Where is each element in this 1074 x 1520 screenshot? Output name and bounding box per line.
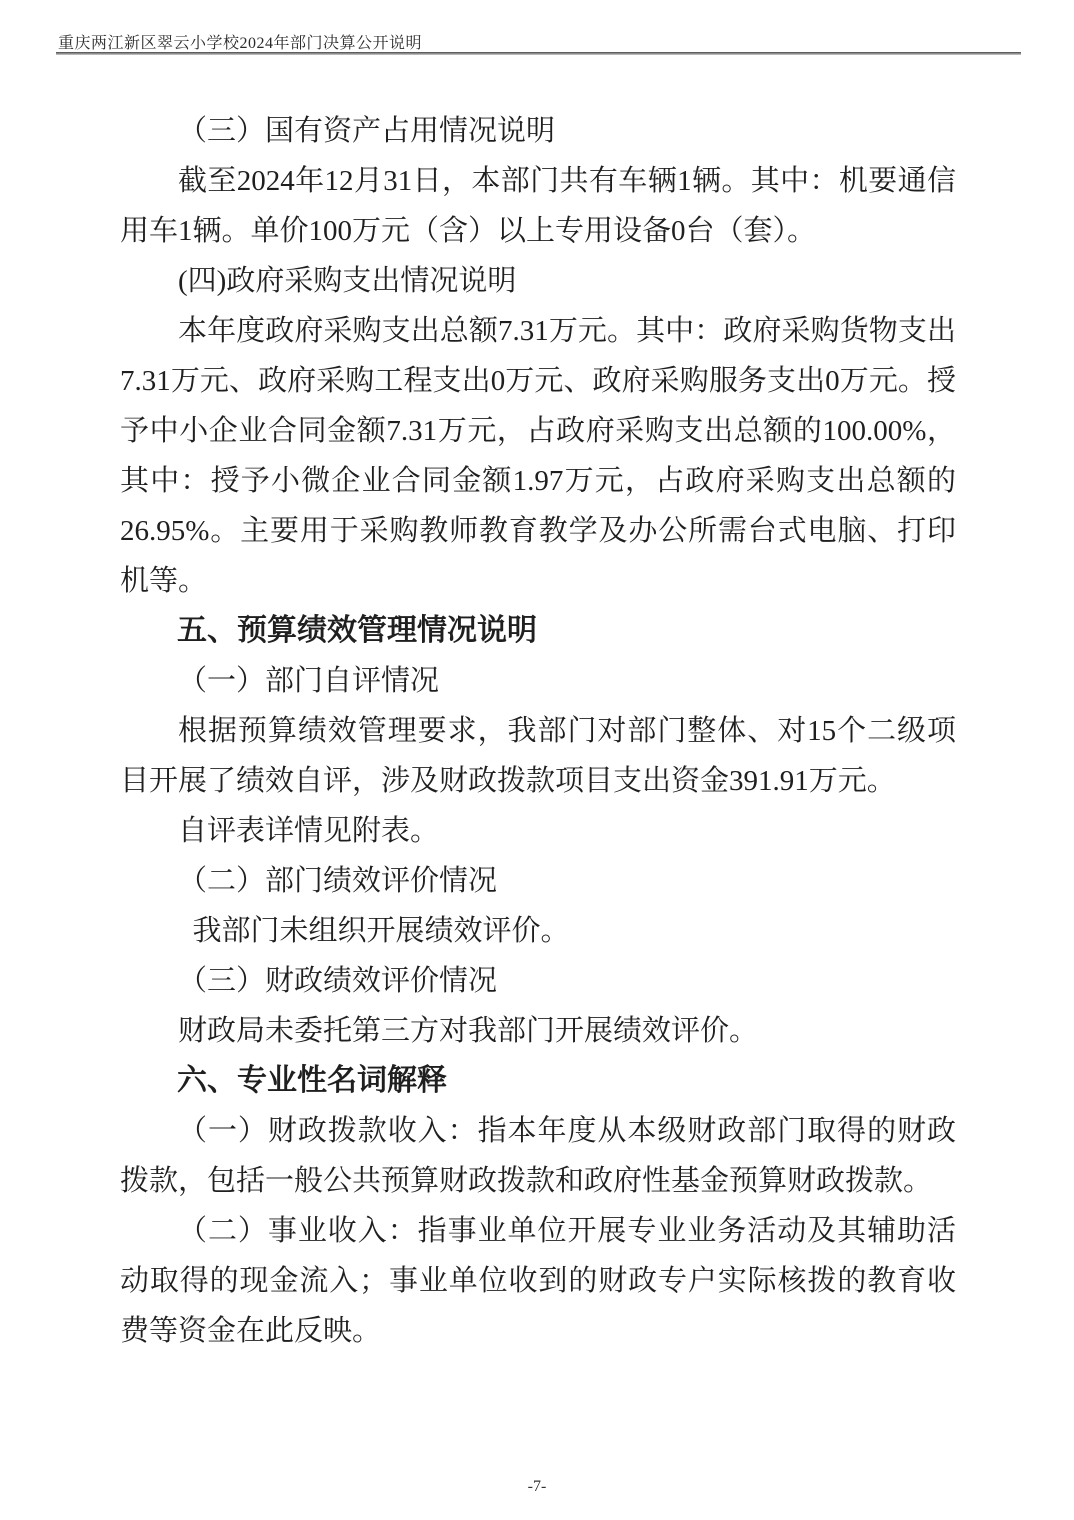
document-body: （三）国有资产占用情况说明截至2024年12月31日，本部门共有车辆1辆。其中：…	[120, 106, 956, 1356]
header-divider	[56, 52, 1021, 55]
sub-heading: （三）财政绩效评价情况	[120, 956, 956, 1006]
sub-heading: （一）部门自评情况	[120, 656, 956, 706]
document-header-title: 重庆两江新区翠云小学校2024年部门决算公开说明	[58, 30, 422, 53]
page-number: -7-	[0, 1478, 1074, 1496]
paragraph: 本年度政府采购支出总额7.31万元。其中：政府采购货物支出7.31万元、政府采购…	[120, 306, 956, 606]
sub-heading: (四)政府采购支出情况说明	[120, 256, 956, 306]
paragraph: （一）财政拨款收入：指本年度从本级财政部门取得的财政拨款，包括一般公共预算财政拨…	[120, 1106, 956, 1206]
paragraph: 自评表详情见附表。	[120, 806, 956, 856]
paragraph: 财政局未委托第三方对我部门开展绩效评价。	[120, 1006, 956, 1056]
section-heading: 五、预算绩效管理情况说明	[120, 606, 956, 656]
sub-heading: （二）部门绩效评价情况	[120, 856, 956, 906]
sub-heading: （三）国有资产占用情况说明	[120, 106, 956, 156]
paragraph: 截至2024年12月31日，本部门共有车辆1辆。其中：机要通信用车1辆。单价10…	[120, 156, 956, 256]
paragraph: 我部门未组织开展绩效评价。	[120, 906, 956, 956]
section-heading: 六、专业性名词解释	[120, 1056, 956, 1106]
paragraph: 根据预算绩效管理要求，我部门对部门整体、对15个二级项目开展了绩效自评，涉及财政…	[120, 706, 956, 806]
paragraph: （二）事业收入：指事业单位开展专业业务活动及其辅助活动取得的现金流入；事业单位收…	[120, 1206, 956, 1356]
document-page: 重庆两江新区翠云小学校2024年部门决算公开说明 （三）国有资产占用情况说明截至…	[0, 0, 1074, 1520]
